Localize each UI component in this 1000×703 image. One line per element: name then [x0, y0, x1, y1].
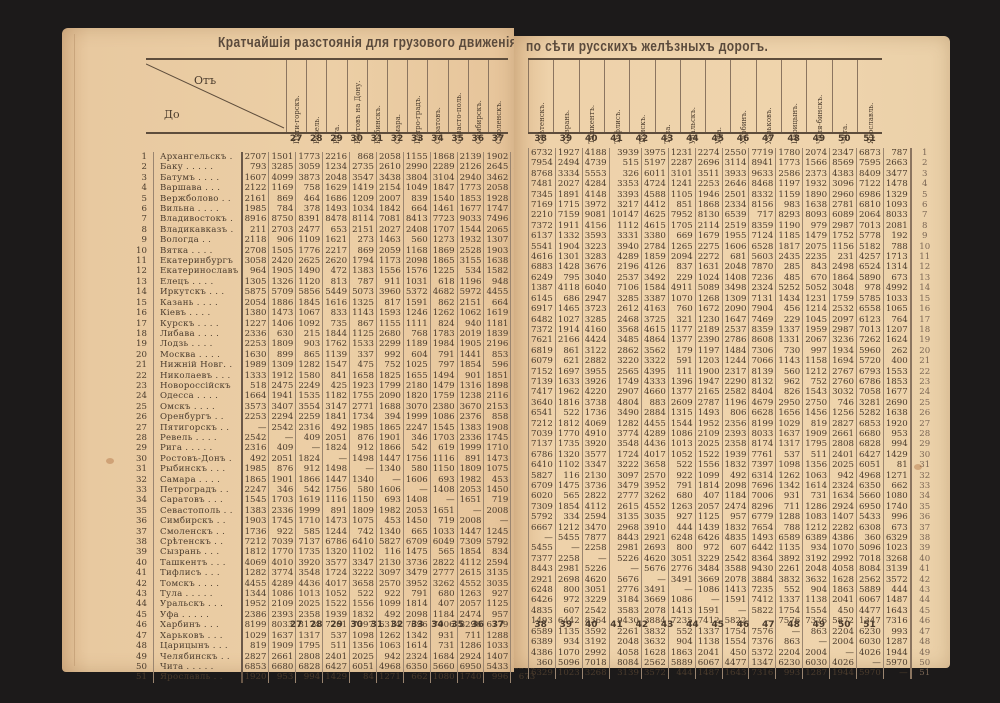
distance-cell: 7306	[749, 346, 776, 356]
distance-cell: 1475	[403, 547, 430, 557]
distance-cell: 858	[484, 412, 511, 422]
distance-cell: 6709	[403, 537, 430, 547]
distance-cell: 996	[883, 512, 910, 522]
distance-cell: 1959	[803, 325, 830, 335]
table-row: 1Архангельскъ .2707150117732216868205811…	[134, 152, 537, 162]
distance-cell: 1809	[350, 506, 377, 516]
distance-cell: 7952	[668, 210, 695, 220]
table-row: 50Чита . . . . .685366806828642760514968…	[134, 662, 537, 672]
distance-cell: 1238	[457, 391, 484, 401]
distance-cell: 2610	[376, 162, 403, 172]
distance-cell: 1637	[776, 429, 803, 439]
distance-cell: 1814	[403, 599, 430, 609]
station-name: Иркутскъ . . .	[153, 287, 241, 297]
distance-cell: 2907	[609, 387, 641, 397]
distance-cell: 1630	[242, 350, 269, 360]
distance-cell: 1125	[484, 599, 511, 609]
distance-cell: 1817	[776, 242, 803, 252]
distance-cell: 3774	[269, 568, 296, 578]
distance-cell: 1196	[457, 277, 484, 287]
distance-cell: 1143	[776, 356, 803, 366]
distance-cell: 453	[376, 516, 403, 526]
station-name: Батумъ . . . .	[153, 173, 241, 183]
column-numbers-top: 2728293031323334353637	[286, 134, 508, 144]
column-header: Томскъ.	[629, 60, 655, 132]
distance-cell: 585	[296, 527, 323, 537]
distance-cell: 2586	[776, 169, 803, 179]
distance-cell: 2216	[323, 152, 350, 162]
distance-cell: 3262	[430, 579, 457, 589]
distance-cell: 1203	[695, 356, 722, 366]
distance-cell: 2057	[695, 502, 722, 512]
column-number: 37	[488, 620, 508, 630]
distance-cell: 735	[323, 319, 350, 329]
distance-cell: 8478	[323, 214, 350, 224]
distance-cell: 1909	[269, 641, 296, 651]
page-title-left: Кратчайшія разстоянія для грузового движ…	[218, 34, 517, 51]
table-row: 48Царицынъ . . .819190917955111356106316…	[134, 641, 537, 651]
distance-cell: —	[403, 485, 430, 495]
distance-cell: 1582	[484, 266, 511, 276]
distance-cell: 453	[484, 475, 511, 485]
distance-cell: 3268	[883, 554, 910, 564]
distance-cell: 2693	[641, 543, 668, 553]
distance-cell: 1554	[803, 606, 830, 616]
distance-cell: 922	[269, 527, 296, 537]
distance-cell: 3114	[722, 158, 749, 168]
distance-cell: 5856	[296, 287, 323, 297]
distance-cell: 7496	[484, 214, 511, 224]
table-row: 6020565282227773262680407118470069317311…	[529, 491, 938, 501]
distance-cell: 3470	[582, 523, 609, 533]
distance-cell: 8132	[749, 377, 776, 387]
distance-cell: 6020	[529, 491, 556, 501]
distance-cell: 768	[403, 329, 430, 339]
distance-cell: 806	[722, 408, 749, 418]
distance-cell: 1832	[350, 610, 377, 620]
distance-cell: 3283	[582, 252, 609, 262]
distance-cell: 6810	[856, 200, 883, 210]
distance-cell: 1063	[376, 641, 403, 651]
distance-cell: 4333	[641, 377, 668, 387]
distance-cell: 2528	[457, 246, 484, 256]
distance-cell: 1027	[555, 315, 582, 325]
distance-cell: 2054	[242, 298, 269, 308]
distance-cell: 7595	[856, 158, 883, 168]
distance-cell: 1387	[529, 283, 556, 293]
distance-cell: 6123	[856, 315, 883, 325]
distance-cell: 6089	[830, 210, 857, 220]
distance-cell: 1098	[776, 460, 803, 470]
distance-cell: 1282	[242, 568, 269, 578]
distance-cell: 787	[350, 277, 377, 287]
distance-cell: 3122	[582, 346, 609, 356]
distance-cell: 229	[776, 315, 803, 325]
distance-cell: 7013	[856, 325, 883, 335]
table-row: 64269723229318436691086—1591741213371138…	[529, 595, 938, 605]
column-number: 33	[407, 620, 427, 630]
station-name: Смоленскъ . .	[153, 527, 241, 537]
table-row: 16Кіевъ . . . .1380147310678331143159312…	[134, 308, 537, 318]
distance-cell: 2494	[555, 158, 582, 168]
distance-cell: 1939	[323, 610, 350, 620]
page-edge	[64, 34, 75, 666]
distance-cell: 2924	[830, 502, 857, 512]
station-name: Срѣтенскъ . .	[153, 537, 241, 547]
table-row: 73772258—5226462030513229254283643892319…	[529, 554, 938, 564]
distance-cell: 4026	[830, 658, 857, 668]
distance-cell: 3640	[529, 398, 556, 408]
distance-cell: 492	[242, 454, 269, 464]
distance-cell: 1773	[457, 183, 484, 193]
distance-cell: 1045	[803, 315, 830, 325]
distance-cell: 1029	[776, 419, 803, 429]
distance-cell: 1619	[296, 495, 323, 505]
station-name: Екатеринославъ	[153, 266, 241, 276]
distance-cell: 2562	[641, 658, 668, 668]
distance-cell: 6426	[695, 533, 722, 543]
distance-cell: 3491	[668, 575, 695, 585]
distance-cell: 5972	[457, 287, 484, 297]
distance-cell: 6667	[529, 523, 556, 533]
distance-cell: 1566	[803, 158, 830, 168]
station-name: Ташкентъ . . .	[153, 558, 241, 568]
station-name: Нижній Новг. .	[153, 360, 241, 370]
distance-cell: 2393	[722, 429, 749, 439]
distance-cell: 5792	[484, 537, 511, 547]
row-number: 44	[911, 595, 938, 605]
distance-cell: 1845	[296, 298, 323, 308]
distance-cell: 3774	[609, 429, 641, 439]
distance-cell: 3223	[582, 242, 609, 252]
distance-cell: 2827	[830, 419, 857, 429]
distance-cell: 542	[296, 485, 323, 495]
distance-cell: 680	[668, 491, 695, 501]
distance-cell: 1125	[695, 512, 722, 522]
distance-cell: 1273	[430, 235, 457, 245]
distance-cell: 1484	[722, 346, 749, 356]
distance-cell: 3972	[582, 200, 609, 210]
row-number: 24	[134, 391, 153, 401]
distance-cell: 534	[457, 266, 484, 276]
distance-cell: 394	[376, 412, 403, 422]
distance-cell: 1212	[803, 523, 830, 533]
distance-cell: 1033	[883, 294, 910, 304]
table-row: 11Екатеринбургъ3058242026252620179411732…	[134, 256, 537, 266]
distance-cell: 1616	[323, 298, 350, 308]
column-number: 33	[407, 134, 427, 144]
distance-cell: 1841	[323, 412, 350, 422]
table-row: 7152169739552565439511119002317813956012…	[529, 367, 938, 377]
distance-cell: 1340	[350, 475, 377, 485]
column-header: Царицынъ.	[781, 60, 807, 132]
distance-cell: 607	[555, 606, 582, 616]
distance-cell: 596	[484, 360, 511, 370]
distance-cell: 1776	[296, 246, 323, 256]
distance-cell: 2057	[457, 599, 484, 609]
distance-cell: 580	[403, 464, 430, 474]
distance-cell: 560	[776, 367, 803, 377]
column-number: 27	[286, 134, 306, 144]
distance-cell: 693	[376, 495, 403, 505]
distance-cell: 1946	[695, 190, 722, 200]
station-name: Рига . . . . .	[153, 443, 241, 453]
table-row: 24Одесса . . . .166419411535118217552090…	[134, 391, 537, 401]
distance-cell: 869	[269, 194, 296, 204]
distance-cell: 6853	[856, 419, 883, 429]
distance-cell: 1655	[403, 371, 430, 381]
distance-cell: 2274	[695, 148, 722, 158]
distance-cell: 2565	[609, 367, 641, 377]
distance-cell: 3485	[609, 335, 641, 345]
distance-cell: 1356	[350, 641, 377, 651]
distance-cell: 7122	[856, 179, 883, 189]
distance-cell: 1494	[430, 371, 457, 381]
distance-cell: 1638	[484, 256, 511, 266]
distance-cell: —	[269, 433, 296, 443]
row-number: 35	[134, 506, 153, 516]
distance-cell: 2990	[403, 162, 430, 172]
distance-cell: 1286	[803, 502, 830, 512]
table-row: 10Вятка . . . .2708150517762217869205911…	[134, 246, 537, 256]
distance-cell: 8293	[776, 210, 803, 220]
distance-cell: 4625	[641, 210, 668, 220]
distance-cell: 7137	[529, 439, 556, 449]
row-number: 28	[134, 433, 153, 443]
distance-cell: 6986	[856, 190, 883, 200]
distance-cell: 2058	[484, 183, 511, 193]
distance-cell: 3236	[830, 335, 857, 345]
distance-cell: 211	[242, 225, 269, 235]
distance-cell: 4552	[457, 579, 484, 589]
station-name: Архангельскъ .	[153, 152, 241, 162]
table-row: 5455—22582981269380097260764421135934107…	[529, 543, 938, 553]
distance-cell: 3920	[296, 558, 323, 568]
distance-cell: 1168	[403, 246, 430, 256]
distance-cell: —	[883, 668, 910, 678]
distance-cell: 1434	[776, 294, 803, 304]
distance-cell: 3334	[555, 169, 582, 179]
distance-cell: 450	[830, 606, 857, 616]
distance-cell: 891	[457, 454, 484, 464]
distance-cell: 1173	[376, 256, 403, 266]
distance-cell: 1075	[350, 516, 377, 526]
distance-cell: 3933	[722, 169, 749, 179]
distance-cell: 2109	[269, 599, 296, 609]
distance-cell: 7723	[430, 214, 457, 224]
distance-cell: 1684	[430, 652, 457, 662]
column-number: 46	[730, 134, 755, 144]
column-number: 39	[553, 620, 578, 630]
distance-cell: 2615	[457, 568, 484, 578]
distance-cell: 2025	[695, 439, 722, 449]
distance-cell: 3407	[269, 402, 296, 412]
distance-cell: 1212	[803, 367, 830, 377]
column-number: 43	[654, 620, 679, 630]
distance-cell: 953	[269, 672, 296, 682]
row-number: 1	[911, 148, 938, 158]
distance-cell: 4679	[749, 398, 776, 408]
distance-cell: 2390	[695, 335, 722, 345]
distance-cell: 2550	[722, 148, 749, 158]
distance-cell: 3669	[641, 595, 668, 605]
column-header: Ревель.	[306, 60, 327, 132]
distance-cell: 7309	[529, 502, 556, 512]
distance-cell: 3670	[457, 402, 484, 412]
station-name: Симбирскъ . .	[153, 516, 241, 526]
distance-cell: 3572	[883, 575, 910, 585]
distance-cell: 1138	[695, 637, 722, 647]
distance-cell: 537	[776, 450, 803, 460]
distance-cell: 1985	[242, 464, 269, 474]
distance-cell: 1377	[668, 387, 695, 397]
distance-cell: 2210	[529, 210, 556, 220]
column-number: 47	[756, 134, 781, 144]
row-number: 34	[911, 491, 938, 501]
distance-cell: 2025	[350, 652, 377, 662]
distance-cell: 2609	[668, 398, 695, 408]
distance-cell: 3588	[722, 564, 749, 574]
distance-cell: 1658	[350, 371, 377, 381]
station-name: Варшава . . .	[153, 183, 241, 193]
distance-cell: 1864	[830, 273, 857, 283]
distance-cell: 4163	[641, 304, 668, 314]
distance-cell: 2401	[323, 652, 350, 662]
distance-cell: 7316	[749, 668, 776, 678]
distance-cell: 273	[350, 235, 377, 245]
distance-cell: 1062	[457, 308, 484, 318]
distance-cell: 2116	[484, 391, 511, 401]
distance-cell: 400	[883, 356, 910, 366]
station-name: Рыбинскъ . . .	[153, 464, 241, 474]
table-row: 7212181240691282445515441952235681991029…	[529, 419, 938, 429]
distance-cell: 3554	[296, 402, 323, 412]
distance-cell: 1770	[555, 429, 582, 439]
column-number: 36	[468, 620, 488, 630]
distance-cell: 2698	[555, 575, 582, 585]
distance-cell: 2822	[582, 491, 609, 501]
distance-cell: 1749	[609, 377, 641, 387]
distance-cell: 912	[296, 464, 323, 474]
row-number: 22	[134, 371, 153, 381]
distance-cell: 5778	[856, 231, 883, 241]
distance-cell: 4835	[722, 533, 749, 543]
distance-cell: 360	[529, 658, 556, 668]
distance-cell: 1156	[830, 242, 857, 252]
distance-cell: 409	[296, 433, 323, 443]
distance-cell: 6030	[803, 658, 830, 668]
station-name: Елецъ . . . .	[153, 277, 241, 287]
distance-cell: 1624	[883, 335, 910, 345]
station-name: Пятигорскъ . .	[153, 423, 241, 433]
distance-cell: 2316	[242, 443, 269, 453]
distance-cell: 681	[722, 252, 749, 262]
distance-cell: 9081	[582, 210, 609, 220]
row-number: 46	[134, 620, 153, 630]
station-name: Самара . . . .	[153, 475, 241, 485]
table-row: 6248800305127763491—10861413723555290418…	[529, 585, 938, 595]
distance-cell: 957	[484, 610, 511, 620]
row-number: 32	[911, 471, 938, 481]
column-header: Ярославль.	[857, 60, 883, 132]
distance-cell: 7212	[242, 537, 269, 547]
distance-cell: 4620	[582, 575, 609, 585]
distance-cell: 1820	[403, 391, 430, 401]
distance-cell: 1344	[242, 589, 269, 599]
distance-cell: 1493	[749, 533, 776, 543]
row-number: 6	[134, 204, 153, 214]
distance-cell: 3097	[609, 471, 641, 481]
distance-cell: 2180	[403, 381, 430, 391]
distance-cell: 1904	[555, 242, 582, 252]
station-name: Вятка . . . .	[153, 246, 241, 256]
distance-cell: 4010	[269, 558, 296, 568]
distance-cell: 992	[376, 350, 403, 360]
distance-cell: 1859	[641, 252, 668, 262]
distance-cell: 6314	[749, 471, 776, 481]
distance-cell: —	[830, 648, 857, 658]
distance-cell: 1479	[430, 381, 457, 391]
distance-cell: 1824	[296, 454, 323, 464]
distance-cell: 6539	[722, 210, 749, 220]
distance-cell: 2004	[830, 637, 857, 647]
distance-cell: 1851	[484, 371, 511, 381]
distance-cell: 7309	[457, 537, 484, 547]
distance-cell: —	[668, 585, 695, 595]
distance-cell: 993	[776, 668, 803, 678]
distance-cell: 1638	[883, 408, 910, 418]
distance-cell: 1756	[403, 454, 430, 464]
distance-cell: 934	[803, 543, 830, 553]
table-row: 21Нижній Новг. .198913091282154747575210…	[134, 360, 537, 370]
distance-cell: 1713	[883, 252, 910, 262]
distance-cell: 2139	[457, 152, 484, 162]
distance-cell: 5676	[641, 564, 668, 574]
distance-cell: 1628	[830, 575, 857, 585]
distance-cell: 1099	[695, 471, 722, 481]
distance-cell: 1865	[242, 475, 269, 485]
distance-cell: 3229	[695, 554, 722, 564]
distance-cell: 983	[776, 200, 803, 210]
distance-cell: 6528	[749, 242, 776, 252]
distance-cell: 1556	[695, 460, 722, 470]
distance-cell: 5182	[856, 242, 883, 252]
distance-cell: 2189	[695, 325, 722, 335]
distance-cell: 2750	[803, 398, 830, 408]
distance-cell: 1080	[430, 672, 457, 682]
distance-cell: 2161	[242, 194, 269, 204]
distance-cell: —	[529, 533, 556, 543]
distance-cell: 1317	[296, 631, 323, 641]
distance-cell: 1905	[269, 266, 296, 276]
distance-cell: 6680	[269, 662, 296, 672]
distance-cell: 2787	[695, 398, 722, 408]
distance-cell: 1868	[695, 200, 722, 210]
distance-cell: 2261	[776, 564, 803, 574]
distance-cell: 1679	[695, 231, 722, 241]
table-row: 26Оренбургъ . .2253229422591841173439419…	[134, 412, 537, 422]
column-number: 38	[528, 134, 553, 144]
distance-cell: 1773	[296, 152, 323, 162]
row-number: 2	[911, 158, 938, 168]
distance-cell: 1735	[296, 547, 323, 557]
distance-cell: 1380	[242, 308, 269, 318]
distance-cell: 3723	[582, 304, 609, 314]
distance-cell: 1033	[430, 527, 457, 537]
distance-cell: 662	[403, 672, 430, 682]
station-name: Лодзь . . . .	[153, 339, 241, 349]
distance-cell: 1086	[668, 595, 695, 605]
